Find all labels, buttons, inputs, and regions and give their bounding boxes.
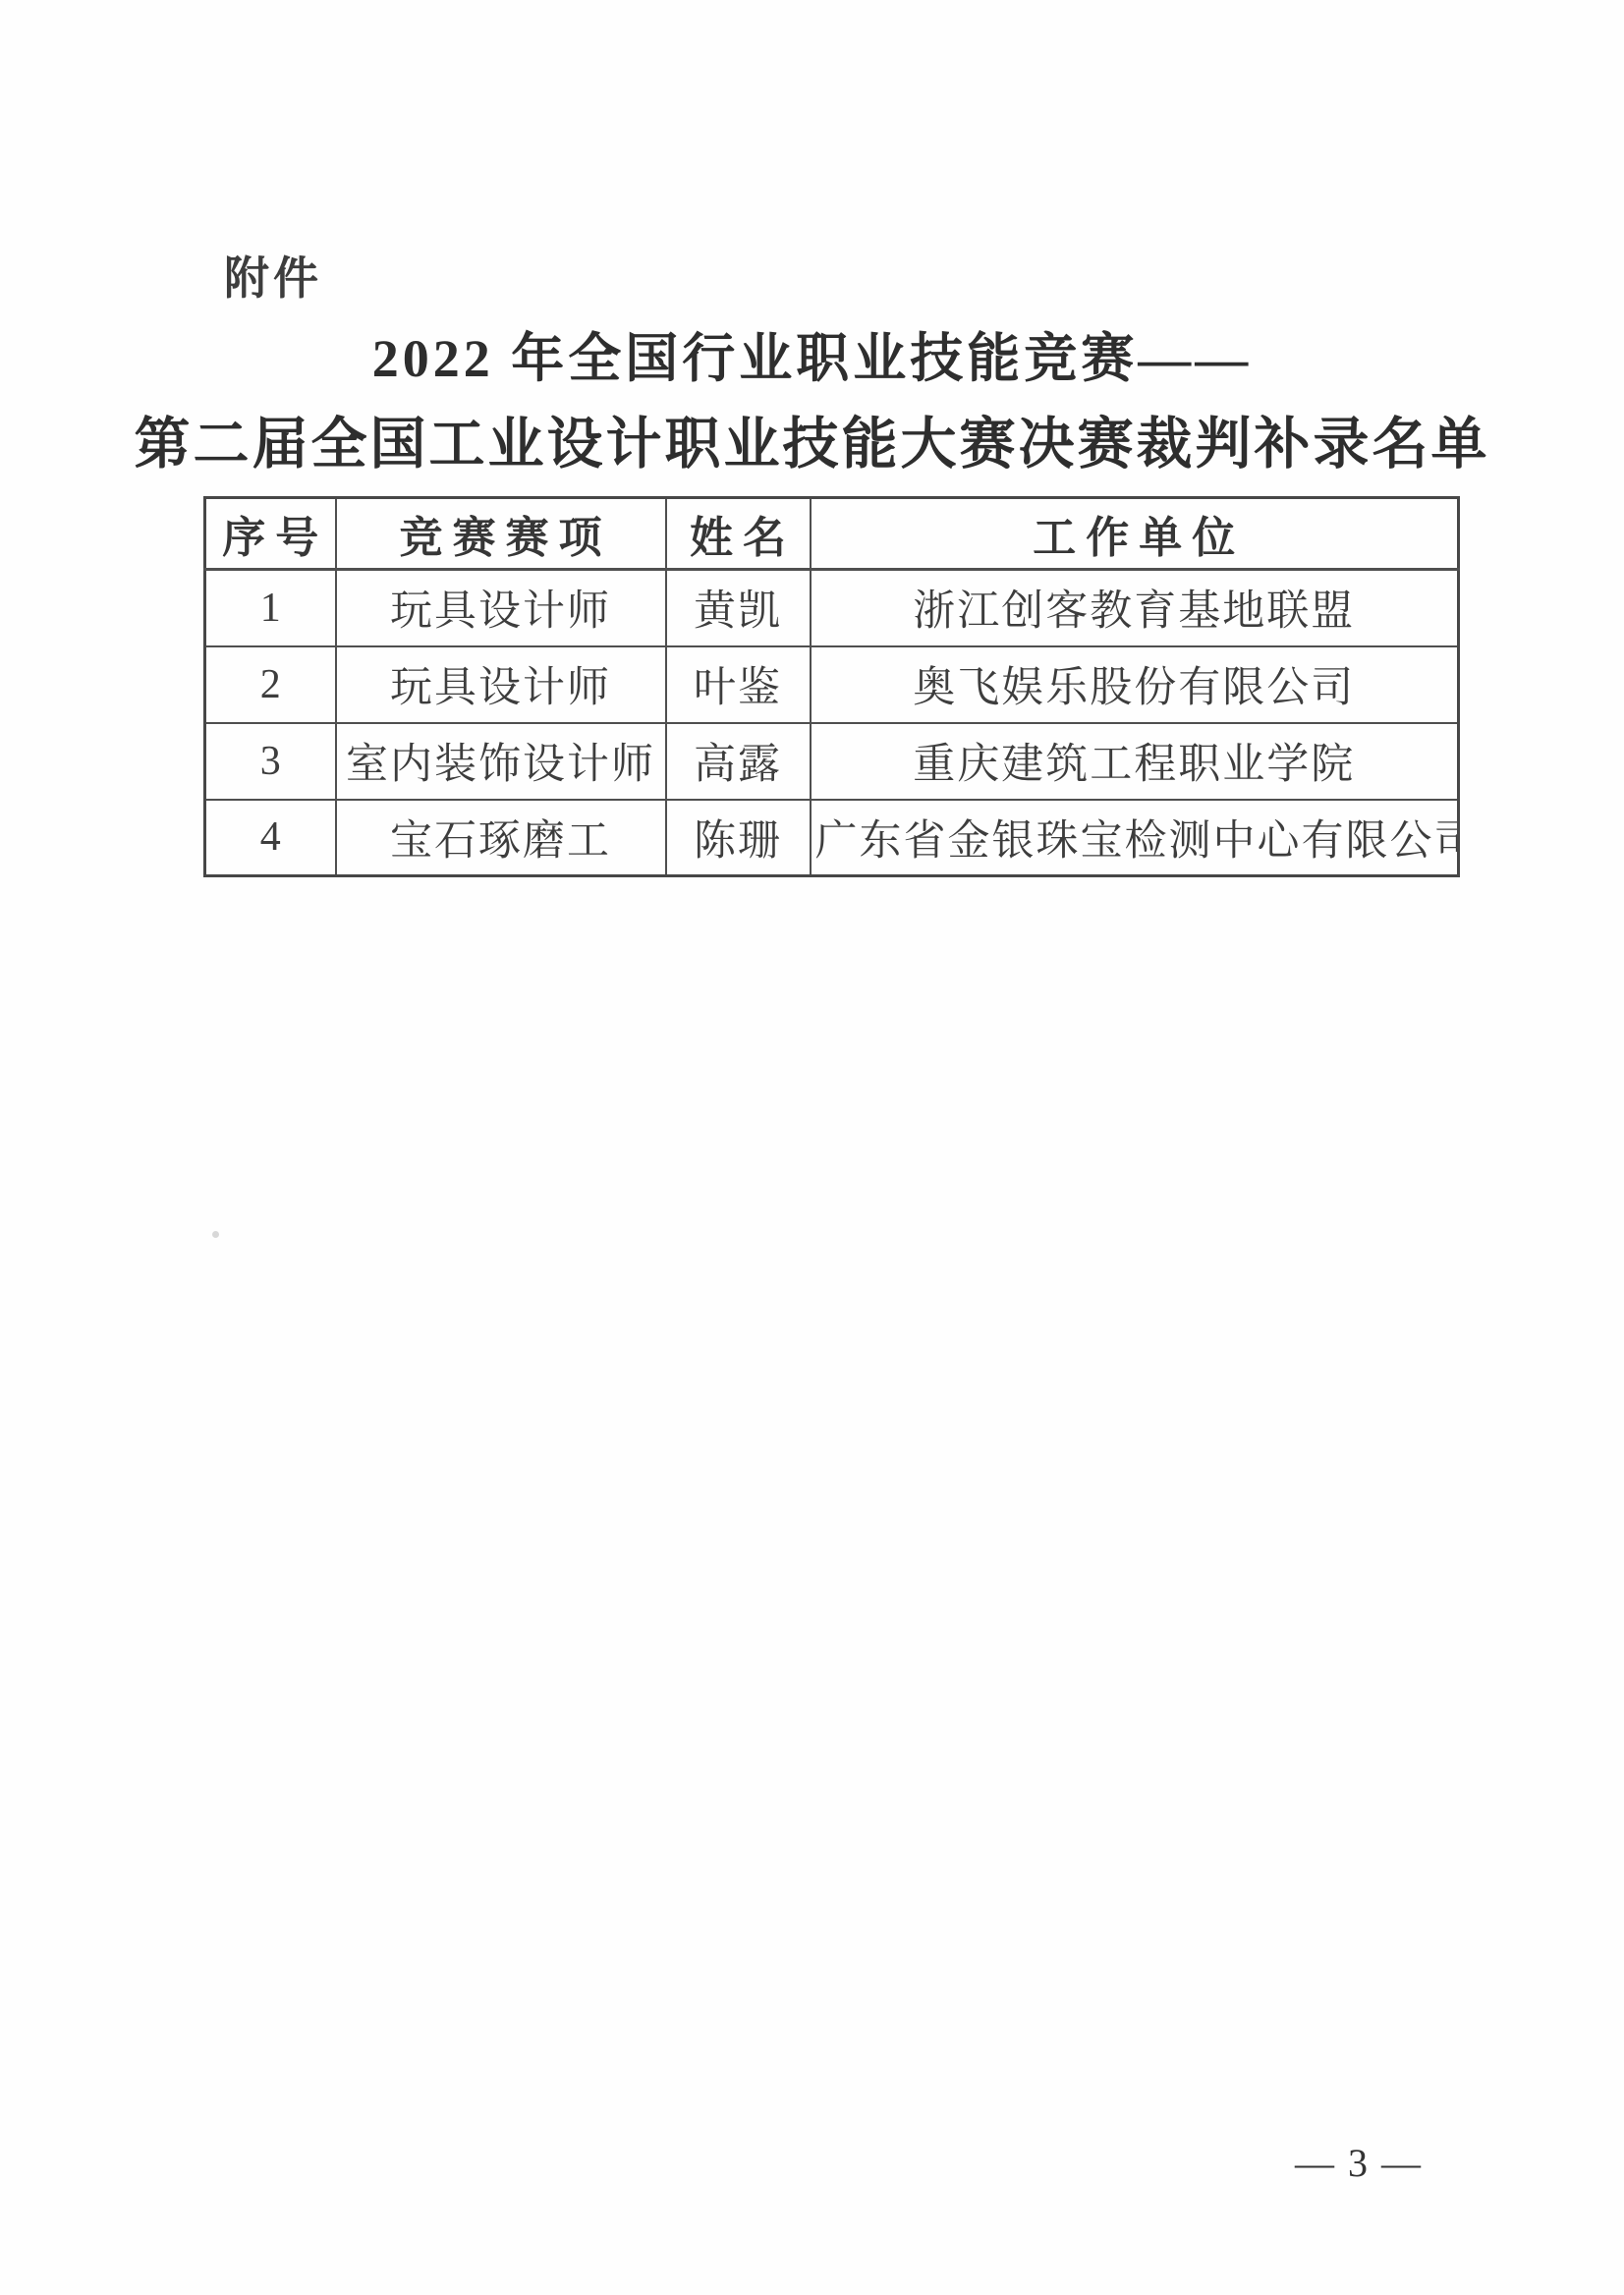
header-竞赛赛项: 竞赛赛项 — [336, 498, 666, 570]
table-row: 2 玩具设计师 叶鉴 奥飞娱乐股份有限公司 — [205, 646, 1459, 723]
cell-organization: 广东省金银珠宝检测中心有限公司 — [811, 800, 1459, 876]
cell-index: 3 — [205, 723, 336, 800]
cell-name: 高露 — [666, 723, 811, 800]
table-header-row: 序号 竞赛赛项 姓名 工作单位 — [205, 498, 1459, 570]
table-row: 4 宝石琢磨工 陈珊 广东省金银珠宝检测中心有限公司 — [205, 800, 1459, 876]
cell-organization: 重庆建筑工程职业学院 — [811, 723, 1459, 800]
table-row: 3 室内装饰设计师 高露 重庆建筑工程职业学院 — [205, 723, 1459, 800]
document-page: 附件 2022 年全国行业职业技能竞赛—— 第二届全国工业设计职业技能大赛决赛裁… — [0, 0, 1624, 2295]
scan-speckle — [212, 1231, 219, 1238]
cell-event: 室内装饰设计师 — [336, 723, 666, 800]
judge-roster-table: 序号 竞赛赛项 姓名 工作单位 1 玩具设计师 黄凯 浙江创客教育基地联盟 2 … — [203, 496, 1460, 877]
table-row: 1 玩具设计师 黄凯 浙江创客教育基地联盟 — [205, 570, 1459, 646]
cell-event: 玩具设计师 — [336, 646, 666, 723]
cell-name: 黄凯 — [666, 570, 811, 646]
cell-index: 2 — [205, 646, 336, 723]
attachment-label: 附件 — [224, 243, 322, 308]
page-number: — 3 — — [1295, 2140, 1423, 2186]
cell-name: 叶鉴 — [666, 646, 811, 723]
document-title-line2: 第二届全国工业设计职业技能大赛决赛裁判补录名单 — [0, 399, 1624, 479]
cell-organization: 浙江创客教育基地联盟 — [811, 570, 1459, 646]
header-序号: 序号 — [205, 498, 336, 570]
cell-name: 陈珊 — [666, 800, 811, 876]
document-title-line1: 2022 年全国行业职业技能竞赛—— — [0, 316, 1624, 392]
header-姓名: 姓名 — [666, 498, 811, 570]
cell-organization: 奥飞娱乐股份有限公司 — [811, 646, 1459, 723]
cell-event: 玩具设计师 — [336, 570, 666, 646]
cell-index: 4 — [205, 800, 336, 876]
header-工作单位: 工作单位 — [811, 498, 1459, 570]
cell-index: 1 — [205, 570, 336, 646]
cell-event: 宝石琢磨工 — [336, 800, 666, 876]
